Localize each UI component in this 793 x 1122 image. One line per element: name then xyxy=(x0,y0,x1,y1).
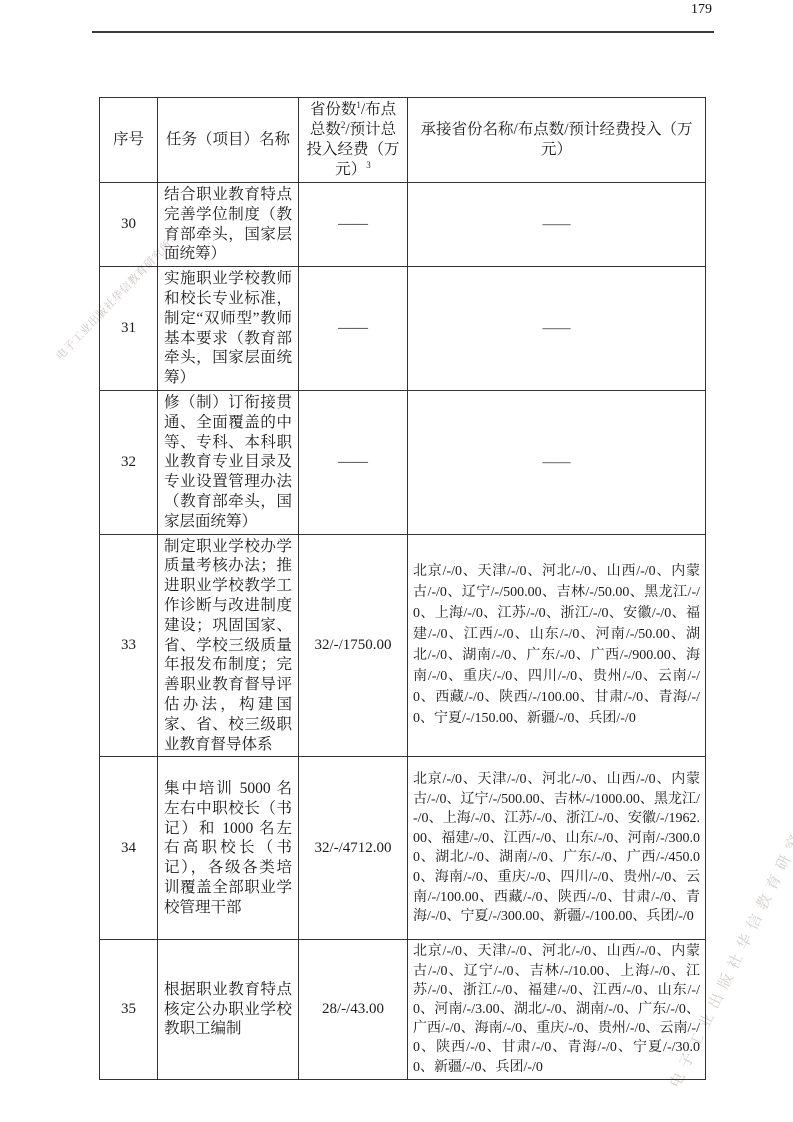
table-row: 32 修（制）订衔接贯通、全面覆盖的中等、专科、本科职业教育专业目录及专业设置管… xyxy=(100,390,706,534)
header-rule xyxy=(92,31,714,33)
row-provinces: —— xyxy=(408,183,706,267)
header-budget-seg1: 省份数 xyxy=(310,101,357,118)
col-header-total-budget: 省份数1/布点总数2/预计总投入经费（万元）3 xyxy=(299,98,408,183)
task-name-text: 修（制）订衔接贯通、全面覆盖的中等、专科、本科职业教育专业目录及专业设置管理办法… xyxy=(164,393,292,532)
provinces-text: 北京/-/0、天津/-/0、河北/-/0、山西/-/0、内蒙古/-/0、辽宁/-… xyxy=(413,770,700,927)
document-page: 179 电子工业出版社华信教育研究所 电子工业出版社华信教育研究所 序号 任务（… xyxy=(0,0,793,1122)
task-name-text: 实施职业学校教师和校长专业标准，制定“双师型”教师基本要求（教育部牵头，国家层面… xyxy=(164,269,292,388)
row-budget: 28/-/43.00 xyxy=(299,940,408,1079)
row-budget: —— xyxy=(299,390,408,534)
row-provinces: 北京/-/0、天津/-/0、河北/-/0、山西/-/0、内蒙古/-/0、辽宁/-… xyxy=(408,534,706,757)
col-header-provinces: 承接省份名称/布点数/预计经费投入（万元） xyxy=(408,98,706,183)
row-task-name: 集中培训 5000 名左右中职校长（书记）和 1000 名左右高职校长（书记），… xyxy=(158,757,299,940)
row-provinces: —— xyxy=(408,390,706,534)
row-budget: 32/-/1750.00 xyxy=(299,534,408,757)
table-row: 34 集中培训 5000 名左右中职校长（书记）和 1000 名左右高职校长（书… xyxy=(100,757,706,940)
task-name-text: 结合职业教育特点完善学位制度（教育部牵头，国家层面统筹） xyxy=(164,185,292,264)
footnote-3-marker: 3 xyxy=(366,160,371,170)
row-seq: 31 xyxy=(100,267,158,391)
row-provinces: 北京/-/0、天津/-/0、河北/-/0、山西/-/0、内蒙古/-/0、辽宁/-… xyxy=(408,757,706,940)
row-seq: 33 xyxy=(100,534,158,757)
row-seq: 32 xyxy=(100,390,158,534)
task-budget-table: 序号 任务（项目）名称 省份数1/布点总数2/预计总投入经费（万元）3 承接省份… xyxy=(99,97,706,1080)
table-header-row: 序号 任务（项目）名称 省份数1/布点总数2/预计总投入经费（万元）3 承接省份… xyxy=(100,98,706,183)
row-budget: —— xyxy=(299,267,408,391)
row-task-name: 结合职业教育特点完善学位制度（教育部牵头，国家层面统筹） xyxy=(158,183,299,267)
page-number: 179 xyxy=(660,2,712,18)
col-header-task-name: 任务（项目）名称 xyxy=(158,98,299,183)
task-name-text: 集中培训 5000 名左右中职校长（书记）和 1000 名左右高职校长（书记），… xyxy=(164,779,292,918)
task-name-text: 根据职业教育特点核定公办职业学校教职工编制 xyxy=(164,980,292,1039)
row-budget: —— xyxy=(299,183,408,267)
table-row: 35 根据职业教育特点核定公办职业学校教职工编制 28/-/43.00 北京/-… xyxy=(100,940,706,1079)
row-seq: 35 xyxy=(100,940,158,1079)
table-row: 33 制定职业学校办学质量考核办法；推进职业学校教学工作诊断与改进制度建设；巩固… xyxy=(100,534,706,757)
row-provinces: —— xyxy=(408,267,706,391)
provinces-text: —— xyxy=(413,214,700,235)
row-budget: 32/-/4712.00 xyxy=(299,757,408,940)
row-task-name: 实施职业学校教师和校长专业标准，制定“双师型”教师基本要求（教育部牵头，国家层面… xyxy=(158,267,299,391)
row-seq: 30 xyxy=(100,183,158,267)
task-name-text: 制定职业学校办学质量考核办法；推进职业学校教学工作诊断与改进制度建设；巩固国家、… xyxy=(164,537,292,755)
provinces-text: —— xyxy=(413,318,700,339)
table-row: 30 结合职业教育特点完善学位制度（教育部牵头，国家层面统筹） —— —— xyxy=(100,183,706,267)
row-task-name: 制定职业学校办学质量考核办法；推进职业学校教学工作诊断与改进制度建设；巩固国家、… xyxy=(158,534,299,757)
provinces-text: 北京/-/0、天津/-/0、河北/-/0、山西/-/0、内蒙古/-/0、辽宁/-… xyxy=(413,561,700,729)
col-header-seq: 序号 xyxy=(100,98,158,183)
row-task-name: 修（制）订衔接贯通、全面覆盖的中等、专科、本科职业教育专业目录及专业设置管理办法… xyxy=(158,390,299,534)
row-provinces: 北京/-/0、天津/-/0、河北/-/0、山西/-/0、内蒙古/-/0、辽宁/-… xyxy=(408,940,706,1079)
table-row: 31 实施职业学校教师和校长专业标准，制定“双师型”教师基本要求（教育部牵头，国… xyxy=(100,267,706,391)
provinces-text: 北京/-/0、天津/-/0、河北/-/0、山西/-/0、内蒙古/-/0、辽宁/-… xyxy=(413,942,700,1076)
provinces-text: —— xyxy=(413,452,700,473)
row-seq: 34 xyxy=(100,757,158,940)
row-task-name: 根据职业教育特点核定公办职业学校教职工编制 xyxy=(158,940,299,1079)
